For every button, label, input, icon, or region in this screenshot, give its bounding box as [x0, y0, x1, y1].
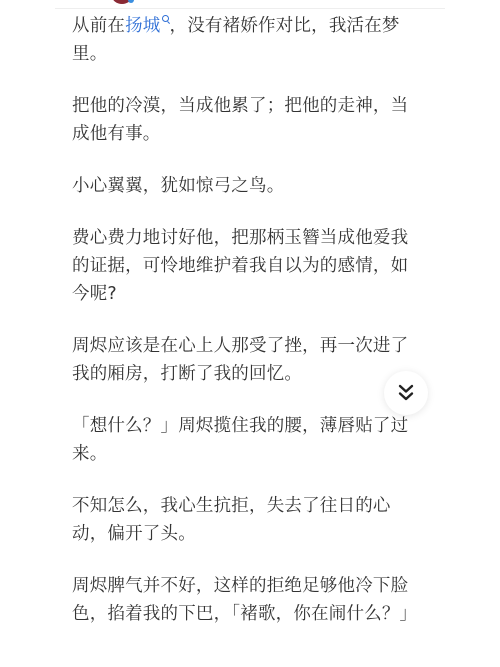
article-body: 从前在扬城，没有褚娇作对比，我活在梦里。 把他的冷漠，当成他累了；把他的走神，当… [72, 12, 417, 652]
paragraph: 从前在扬城，没有褚娇作对比，我活在梦里。 [72, 12, 417, 68]
paragraph: 周烬脾气并不好，这样的拒绝足够他冷下脸色，掐着我的下巴，「褚歌，你在闹什么？」 [72, 572, 417, 628]
search-icon[interactable] [162, 15, 169, 22]
top-strip [0, 0, 500, 10]
verified-badge-icon [128, 0, 134, 3]
header-divider [55, 8, 445, 9]
paragraph: 费心费力地讨好他，把那柄玉簪当成他爱我的证据，可怜地维护着我自以为的感情，如今呢… [72, 224, 417, 308]
paragraph: 把他的冷漠，当成他累了；把他的走神，当成他有事。 [72, 92, 417, 148]
paragraph: 「想什么？」周烬揽住我的腰，薄唇贴了过来。 [72, 412, 417, 468]
scroll-down-button[interactable] [384, 371, 428, 415]
paragraph-text: 从前在 [72, 16, 125, 36]
double-chevron-down-icon [398, 384, 414, 402]
paragraph: 周烬应该是在心上人那受了挫，再一次进了我的厢房，打断了我的回忆。 [72, 332, 417, 388]
search-keyword-link[interactable]: 扬城 [125, 16, 160, 36]
paragraph: 小心翼翼，犹如惊弓之鸟。 [72, 172, 417, 200]
paragraph: 不知怎么，我心生抗拒，失去了往日的心动，偏开了头。 [72, 492, 417, 548]
